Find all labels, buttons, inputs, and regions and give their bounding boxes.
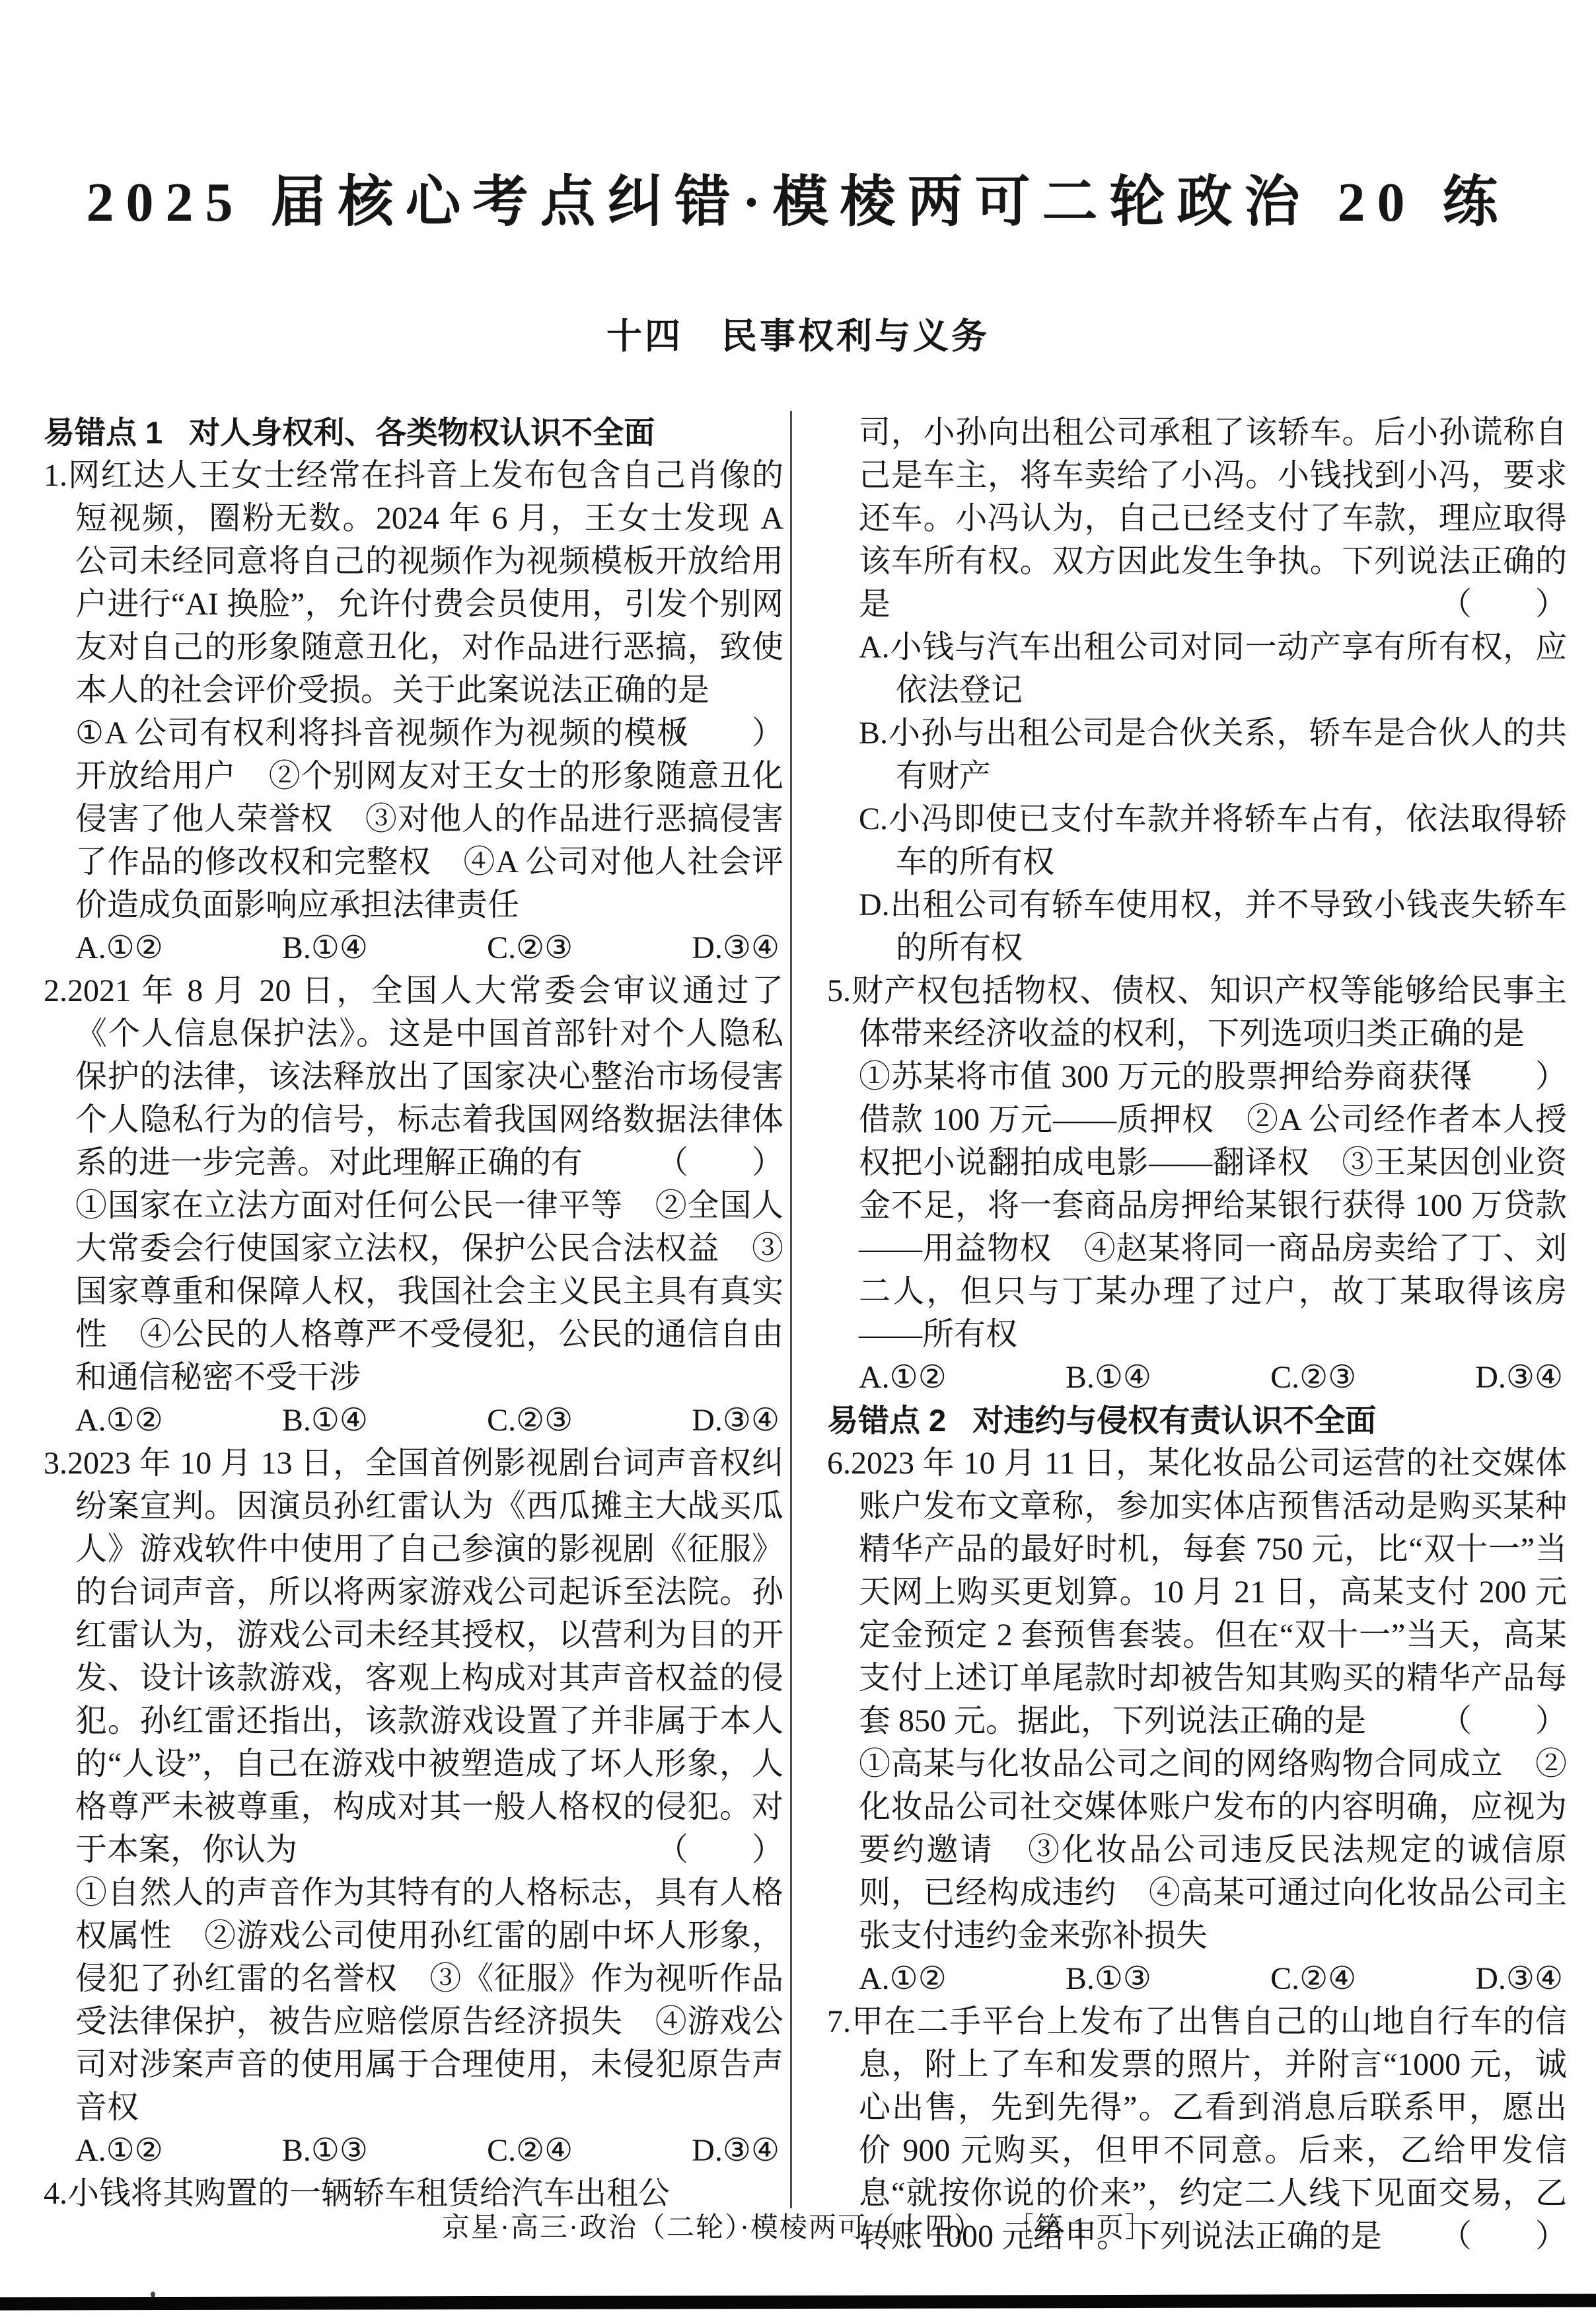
question-text: 网红达人王女士经常在抖音上发布包含自己肖像的短视频，圈粉无数。2024 年 6 … [67, 458, 783, 708]
question-3: 3.2023 年 10 月 13 日，全国首例影视剧台词声音权纠纷案宣判。因演员… [44, 1442, 783, 2172]
option-c: C.②④ [1270, 1957, 1356, 2000]
option-a: A.①② [859, 1957, 947, 2000]
question-stem: 3.2023 年 10 月 13 日，全国首例影视剧台词声音权纠纷案宣判。因演员… [44, 1442, 783, 1871]
option-c: C.②③ [487, 1399, 573, 1442]
answer-blank: （ ） [688, 712, 783, 755]
footer-page-number: ［第 1 页］ [1020, 2213, 1154, 2243]
question-number: 6. [827, 1446, 851, 1481]
options-row: A.①② B.①④ C.②③ D.③④ [75, 926, 783, 969]
options-row: A.①② B.①③ C.②④ D.③④ [75, 2129, 783, 2172]
options-row: A.①② B.①③ C.②④ D.③④ [859, 1957, 1567, 2000]
option-c: C.②③ [1270, 1356, 1356, 1399]
question-subitems: ①自然人的声音作为其特有的人格标志，具有人格权属性 ②游戏公司使用孙红雷的剧中坏… [44, 1871, 783, 2129]
option-b: B.①③ [1066, 1957, 1151, 2000]
question-subitems: ①苏某将市值 300 万元的股票押给券商获得借款 100 万元——质押权 ②A … [827, 1055, 1567, 1356]
option-c: C.②③ [487, 926, 573, 969]
option-b: B.①④ [1066, 1356, 1151, 1399]
question-subitems: ①A 公司有权利将抖音视频作为视频的模板开放给用户 ②个别网友对王女士的形象随意… [44, 712, 783, 926]
page-footer: 京星·高三·政治（二轮）·模棱两可（十四）［第 1 页］ [0, 2206, 1596, 2245]
option-b: B.①④ [282, 1399, 368, 1442]
choice-a: A.小钱与汽车出租公司对同一动产享有所有权，应依法登记 [827, 626, 1567, 712]
right-column: 司，小孙向出租公司承租了该轿车。后小孙谎称自己是车主，将车卖给了小冯。小钱找到小… [827, 411, 1567, 2202]
mistake-point-header-1: 易错点 1对人身权利、各类物权认识不全面 [44, 411, 783, 454]
question-text: 财产权包括物权、债权、知识产权等能够给民事主体带来经济收益的权利，下列选项归类正… [851, 973, 1567, 1051]
question-2: 2.2021 年 8 月 20 日，全国人大常委会审议通过了《个人信息保护法》。… [44, 969, 783, 1442]
option-d: D.③④ [692, 926, 780, 969]
option-c: C.②④ [487, 2129, 573, 2172]
mistake-point-title: 对人身权利、各类物权认识不全面 [189, 415, 655, 450]
question-1: 1.网红达人王女士经常在抖音上发布包含自己肖像的短视频，圈粉无数。2024 年 … [44, 454, 783, 969]
question-stem: 1.网红达人王女士经常在抖音上发布包含自己肖像的短视频，圈粉无数。2024 年 … [44, 454, 783, 712]
question-text: 2023 年 10 月 13 日，全国首例影视剧台词声音权纠纷案宣判。因演员孙红… [67, 1446, 783, 1867]
question-5: 5.财产权包括物权、债权、知识产权等能够给民事主体带来经济收益的权利，下列选项归… [827, 969, 1567, 1399]
option-a: A.①② [859, 1356, 947, 1399]
option-a: A.①② [75, 2129, 163, 2172]
option-b: B.①④ [282, 926, 368, 969]
option-a: A.①② [75, 1399, 163, 1442]
footer-series-text: 京星·高三·政治（二轮）·模棱两可（十四） [442, 2213, 983, 2243]
option-d: D.③④ [1475, 1957, 1563, 2000]
options-row: A.①② B.①④ C.②③ D.③④ [859, 1356, 1567, 1399]
answer-blank: （ ） [688, 1828, 783, 1871]
mistake-point-header-2: 易错点 2对违约与侵权有责认识不全面 [827, 1399, 1567, 1442]
question-number: 7. [827, 2004, 851, 2039]
question-subitems: ①国家在立法方面对任何公民一律平等 ②全国人大常委会行使国家立法权，保护公民合法… [44, 1184, 783, 1399]
question-stem: 6.2023 年 10 月 11 日，某化妆品公司运营的社交媒体账户发布文章称，… [827, 1442, 1567, 1742]
lesson-title: 十四 民事权利与义务 [0, 308, 1596, 359]
option-d: D.③④ [692, 2129, 780, 2172]
choice-d: D.出租公司有轿车使用权，并不导致小钱丧失轿车的所有权 [827, 883, 1567, 969]
choice-b: B.小孙与出租公司是合伙关系，轿车是合伙人的共有财产 [827, 712, 1567, 798]
question-text: 2023 年 10 月 11 日，某化妆品公司运营的社交媒体账户发布文章称，参加… [851, 1446, 1567, 1738]
left-column: 易错点 1对人身权利、各类物权认识不全面 1.网红达人王女士经常在抖音上发布包含… [44, 411, 783, 2202]
question-stem: 5.财产权包括物权、债权、知识产权等能够给民事主体带来经济收益的权利，下列选项归… [827, 969, 1567, 1055]
answer-blank: （ ） [1472, 1700, 1567, 1742]
question-number: 3. [44, 1446, 67, 1481]
page-title: 2025 届核心考点纠错·模棱两可二轮政治 20 练 [0, 157, 1596, 237]
content-columns: 易错点 1对人身权利、各类物权认识不全面 1.网红达人王女士经常在抖音上发布包含… [44, 411, 1567, 2202]
option-d: D.③④ [1475, 1356, 1563, 1399]
answer-blank: （ ） [1472, 1055, 1567, 1098]
option-b: B.①③ [282, 2129, 368, 2172]
option-a: A.①② [75, 926, 163, 969]
question-stem: 2.2021 年 8 月 20 日，全国人大常委会审议通过了《个人信息保护法》。… [44, 969, 783, 1184]
question-number: 1. [44, 458, 67, 493]
options-row: A.①② B.①④ C.②③ D.③④ [75, 1399, 783, 1442]
question-subitems: ①高某与化妆品公司之间的网络购物合同成立 ②化妆品公司社交媒体账户发布的内容明确… [827, 1742, 1567, 1957]
answer-blank: （ ） [688, 1141, 783, 1184]
option-d: D.③④ [692, 1399, 780, 1442]
question-stem-continuation: 司，小孙向出租公司承租了该轿车。后小孙谎称自己是车主，将车卖给了小冯。小钱找到小… [827, 411, 1567, 626]
mistake-point-label: 易错点 1 [44, 415, 163, 450]
choice-c: C.小冯即使已支付车款并将轿车占有，依法取得轿车的所有权 [827, 798, 1567, 883]
scan-edge-bar [0, 2294, 1596, 2310]
question-number: 5. [827, 973, 851, 1008]
exam-page: 2025 届核心考点纠错·模棱两可二轮政治 20 练 十四 民事权利与义务 易错… [0, 0, 1596, 2316]
mistake-point-label: 易错点 2 [827, 1403, 946, 1438]
answer-blank: （ ） [1440, 583, 1567, 626]
question-6: 6.2023 年 10 月 11 日，某化妆品公司运营的社交媒体账户发布文章称，… [827, 1442, 1567, 2000]
mistake-point-title: 对违约与侵权有责认识不全面 [972, 1403, 1376, 1438]
question-number: 2. [44, 973, 67, 1008]
question-4-continued: 司，小孙向出租公司承租了该轿车。后小孙谎称自己是车主，将车卖给了小冯。小钱找到小… [827, 411, 1567, 969]
